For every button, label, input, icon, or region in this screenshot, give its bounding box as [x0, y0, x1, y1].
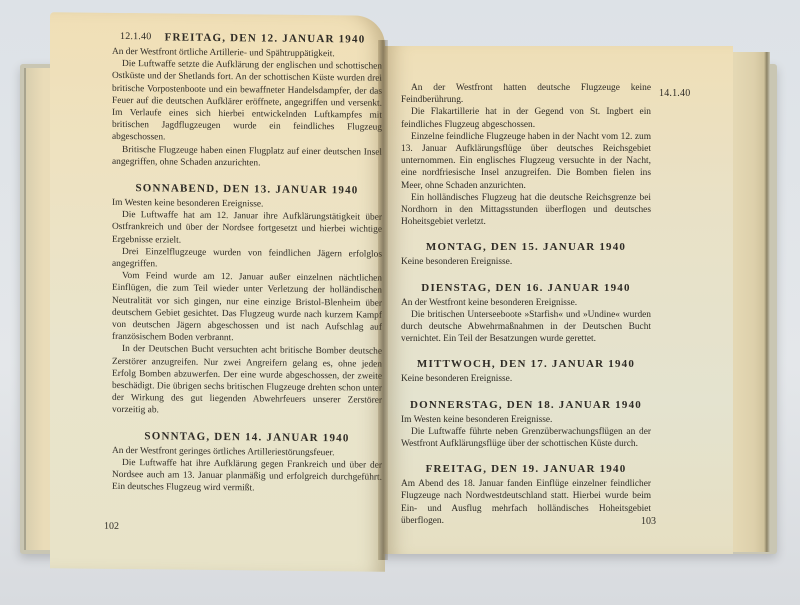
book-gutter — [378, 40, 388, 560]
paragraph: Britische Flugzeuge haben einen Flugplat… — [112, 144, 382, 171]
day-heading: MONTAG, DEN 15. JANUAR 1940 — [401, 241, 651, 253]
paragraph: Die Luftwaffe setzte die Aufklärung der … — [112, 58, 382, 146]
paragraph: Die britischen Unterseeboote »Starfish« … — [401, 309, 651, 346]
paragraph: Am Abend des 18. Januar fanden Einflüge … — [401, 478, 651, 527]
diary-entry: MITTWOCH, DEN 17. JANUAR 1940 Keine beso… — [401, 358, 651, 385]
running-date-right: 14.1.40 — [659, 88, 690, 99]
diary-entry: SONNABEND, DEN 13. JANUAR 1940 Im Westen… — [112, 182, 382, 419]
paragraph: In der Deutschen Bucht versuchten acht b… — [112, 343, 382, 419]
diary-entry: FREITAG, DEN 12. JANUAR 1940 An der West… — [112, 31, 382, 171]
day-heading: DIENSTAG, DEN 16. JANUAR 1940 — [401, 282, 651, 294]
day-heading: SONNABEND, DEN 13. JANUAR 1940 — [112, 182, 382, 197]
left-page: 12.1.40 FREITAG, DEN 12. JANUAR 1940 An … — [50, 12, 385, 572]
left-page-text: FREITAG, DEN 12. JANUAR 1940 An der West… — [112, 31, 382, 509]
paragraph: Die Luftwaffe hat am 12. Januar ihre Auf… — [112, 209, 382, 248]
day-heading: FREITAG, DEN 12. JANUAR 1940 — [112, 31, 382, 46]
day-heading: SONNTAG, DEN 14. JANUAR 1940 — [112, 430, 382, 445]
diary-entry: MONTAG, DEN 15. JANUAR 1940 Keine besond… — [401, 241, 651, 268]
paragraph: Drei Einzelflugzeuge wurden von feindlic… — [112, 246, 382, 273]
diary-entry: DONNERSTAG, DEN 18. JANUAR 1940 Im Weste… — [401, 399, 651, 451]
paragraph: Die Flakartillerie hat in der Gegend von… — [401, 106, 651, 130]
paragraph: An der Westfront keine besonderen Ereign… — [401, 297, 651, 309]
day-heading: FREITAG, DEN 19. JANUAR 1940 — [401, 463, 651, 475]
continued-entry: An der Westfront hatten deutsche Flugzeu… — [401, 82, 651, 228]
diary-entry: FREITAG, DEN 19. JANUAR 1940 Am Abend de… — [401, 463, 651, 527]
page-number-left: 102 — [104, 521, 119, 532]
paragraph: Die Luftwaffe führte neben Grenzüberwach… — [401, 426, 651, 450]
diary-entry: SONNTAG, DEN 14. JANUAR 1940 An der West… — [112, 430, 382, 497]
paragraph: Keine besonderen Ereignisse. — [401, 256, 651, 268]
paragraph: Vom Feind wurde am 12. Januar außer einz… — [112, 270, 382, 346]
right-page-text: An der Westfront hatten deutsche Flugzeu… — [401, 82, 651, 540]
paragraph: An der Westfront hatten deutsche Flugzeu… — [401, 82, 651, 106]
page-number-right: 103 — [641, 516, 656, 527]
right-page: 14.1.40 An der Westfront hatten deutsche… — [383, 46, 733, 554]
paragraph: Im Westen keine besonderen Ereignisse. — [401, 414, 651, 426]
paragraph: Keine besonderen Ereignisse. — [401, 373, 651, 385]
day-heading: MITTWOCH, DEN 17. JANUAR 1940 — [401, 358, 651, 370]
paragraph: Ein holländisches Flugzeug hat die deuts… — [401, 192, 651, 229]
paragraph: Einzelne feindliche Flugzeuge haben in d… — [401, 131, 651, 192]
paragraph: Die Luftwaffe hat ihre Aufklärung gegen … — [112, 457, 382, 496]
diary-entry: DIENSTAG, DEN 16. JANUAR 1940 An der Wes… — [401, 282, 651, 346]
day-heading: DONNERSTAG, DEN 18. JANUAR 1940 — [401, 399, 651, 411]
page-block-edge-right — [730, 52, 770, 552]
